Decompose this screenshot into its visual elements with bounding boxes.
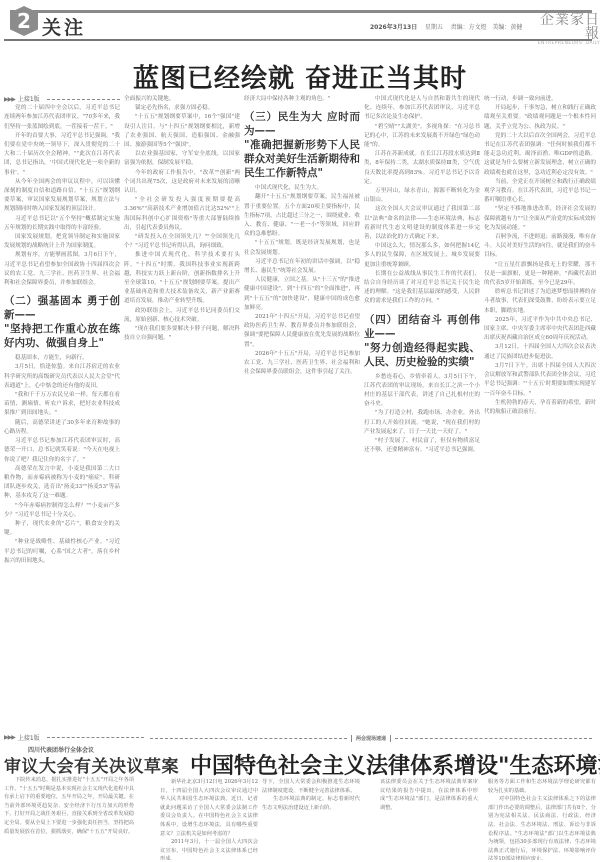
paragraph: 今年的政府工作报告中，"改革""创新"两个词共出现75次，这是政府对未来发展的清… <box>124 169 240 197</box>
paragraph: 中国这么大，情况那么多，如何把握14亿多人的民生保障，在区域发展上，城乡发展要更… <box>364 242 480 270</box>
paragraph: 规划有序，方能擘画蓝图。3月6日下午，习近平总书记看望参加全国政协十四届四次会议… <box>4 251 120 288</box>
paragraph: 随后，高德荣讲述了30多年来育种故事的心路历程。 <box>4 419 120 437</box>
paragraph: 百舸争流，不进则退；前路漫漫，唯有奋斗。人民对美好生活的向往，就是我们的奋斗目标… <box>484 233 596 261</box>
paragraph: "全社会研发投入强度预期要提高3.36%""高新技术产业增加值占比达52%""上… <box>124 196 240 233</box>
left-article-headline: 审议大会有关决议草案 <box>4 752 179 777</box>
paragraph: 以农业强基国家，守军安全底线，以国家富强为依据，保制发展平稳。 <box>124 150 240 168</box>
paragraph: 2021年"十四五"开局，习近平总书记看望政协医药卫生界、教育界委员并参加联组会… <box>244 313 360 350</box>
subhead-line-1: （三）民生为大 应时而为—— <box>244 110 360 138</box>
masthead-bottom-rule <box>4 39 592 41</box>
kicker-label: 上接1版 <box>18 95 40 104</box>
article-column-5: 统一行动，步调一致向前进。 开局起步，千事勿急，树立和践行正确政绩观至关重要。"… <box>484 95 596 720</box>
paragraph: 万里河山，绿水青山，源源不断转化为金山银山。 <box>364 187 480 205</box>
paragraph: 长期在公益战线从事民生工作的代表们，结合自身经历谈了对习近平总书记关于民生论述的… <box>364 270 480 307</box>
main-headline: 蓝图已经绘就 奋进正当其时 <box>0 58 600 95</box>
paragraph: 乡愁连着心，乡情牵着人。3月5日下午，江苏代表团的审议现场，来自长江之滨一个小村… <box>364 373 480 410</box>
subhead-line-1: （二）强基固本 勇于创新—— <box>4 294 120 322</box>
paragraph: 人民健康，立国之基。从"十三五"的"推进健康中国建设"，到"十四五"的"全面推进… <box>244 276 360 313</box>
paragraph: 生态环境法典的制定，标志着新时代生态文明法治建设迈上新台阶。 <box>262 795 360 812</box>
paragraph: "碧空晴""太湖美"。多视角探："在习总书记的心中，江苏的未来发展离不开绿色"绿… <box>364 123 480 151</box>
paragraph: 翻开"十五五"规划纲要草案，民生福祉被置于重要位置。五个方面20项主要指标中，民… <box>244 193 360 239</box>
subhead-line-1: （四）团结奋斗 再创伟业—— <box>364 313 480 341</box>
paragraph: "研发投入在全国领先几？""全国领先几个？"习近平总书记听得认真，询问细致。 <box>124 233 240 251</box>
masthead: 2 关注 2026年3月13日 星期五 责编：方文煜 美编：黄健 企業家日報 E… <box>0 0 600 44</box>
section-title: 关注 <box>42 13 86 40</box>
subhead-line-2: "坚持把工作重心放在练好内功、做强自身上" <box>4 322 120 350</box>
paragraph: 习近平总书记在年初的讲话中强调，以"稳增长、惠民生"统筹社会发展。 <box>244 258 360 276</box>
paragraph: 推进中国式现代化，科学技术要打头阵。"十四五"时期，我国科技事业实现新跨越，科技… <box>124 251 240 306</box>
bottom-article-column-4: 服务等方面工作和生态环境法学理论研究都有较为扎实的基础。 对中国特色社会主义法律… <box>488 778 596 860</box>
article-column-4: 中国式现代化是人与自然和谐共生的现代化。连续年，参加江苏代表团审议，习近平总书记… <box>364 95 480 720</box>
article-column-2: 全面振兴的关键地。 锚定必先指名，求强方固必稳。 "十五五"规划纲要草案中，16… <box>124 95 240 720</box>
subhead-line-2: "准确把握新形势下人民群众对美好生活新期待和民生工作新特点" <box>244 138 360 180</box>
paragraph: 统一行动，步调一致向前进。 <box>484 95 596 104</box>
paragraph: 开年的首要大事，习近平总书记强调，"我们要在党中央统一领导下，深入贯彻党的二十大… <box>4 132 120 178</box>
paragraph: "让五星红旗飘扬是我无上的荣耀，那不仅是一面旗帜，更是一种精神。"西藏代表团的代… <box>484 261 596 289</box>
article-column-1: ▶▶▶ 上接1版 党的二十届四中全会以后，习近平总书记连续两年参加江苏代表团审议… <box>4 95 120 720</box>
paragraph: 高德荣在发言中说，小麦是我国第二大口粮作物，而赤霉病被称为小麦的"癌症"。科研团… <box>4 465 120 502</box>
paragraph: 党的二十届四中全会以后，习近平总书记连续两年参加江苏代表团审议。"70多年来，我… <box>4 104 120 132</box>
section-four-subhead: （四）团结奋斗 再创伟业—— "努力创造经得起实践、人民、历史检验的实绩" <box>364 313 480 369</box>
paragraph: 从今年全国两会的审议议程中，可以读懂深刻的制度自信和道路自信。"十五五"规划纲要… <box>4 178 120 215</box>
paragraph: 3月5日，恰逢惊蛰。来自江苏宿迁的农业科学研究所的高级研究员代表以人民大会堂"代… <box>4 363 120 391</box>
paragraph: "为了打造立村，我跑市场、办企业，外出打工的人开始往回流。"她说，"现在我们村的… <box>364 409 480 437</box>
paragraph: 新华社北京3月12日电 2026年3月12日，十四届全国人大四次会议审议通过中华… <box>160 778 258 838</box>
kicker-label: 上接1版 <box>18 733 40 742</box>
paragraph: 导下，全国人大常委会积极推进生态环境法律制度建设，不断健全完善法律体系。 <box>262 778 360 795</box>
triple-arrow-icon: ▶▶▶ <box>4 95 15 104</box>
paragraph: 经济大局中保持各种主观的角色。" <box>244 95 360 104</box>
paragraph: 2011年3月，十一届全国人大四次会议宣布，中国特色社会主义法律体系已经形成。 <box>160 838 258 860</box>
paragraph: 政协联组会上，习近平总书记同委员们交流，原始创新、核心技术突破。 <box>124 307 240 325</box>
bottom-continued-kicker: ▶▶▶ 上接1版 <box>4 733 144 742</box>
bottom-section-label-bar: 两会现场速递 <box>150 735 592 742</box>
issue-date: 2026年3月13日 <box>370 24 417 31</box>
paragraph: 对中国特色社会主义法律体系之下的法律部门作出必要的调整后，法律部门共有8个，分别… <box>488 795 596 860</box>
paragraph: "十五五"规划纲要草案中，16个"强国"建设引人注目。与"十四五"规划纲要相比，… <box>124 113 240 150</box>
paragraph: 全面振兴的关键地。 <box>124 95 240 104</box>
paragraph: 锚定必先指名，求强方固必稳。 <box>124 104 240 113</box>
paragraph: 服务等方面工作和生态环境法学理论研究都有较为扎实的基础。 <box>488 778 596 795</box>
subhead-line-2: "努力创造经得起实践、人民、历史检验的实绩" <box>364 341 480 369</box>
paragraph: 中国式现代化，民生为大。 <box>244 184 360 193</box>
triple-arrow-icon: ▶▶▶ <box>4 734 15 741</box>
paragraph: 聆听总书记讲述了为追逐梦想而拼搏的奋斗者故事，代表们深受鼓舞，纷纷表示要立足本职… <box>484 288 596 316</box>
left-article-body: 下院传来消息，据扎实推进好"十五五"开局之年各项工作。"十五五"时期是基本实现社… <box>4 776 134 860</box>
paragraph: 2025年，习近平作为中共中央总书记、国家主席、中央军委主席率中央代表团赴西藏出… <box>484 316 596 344</box>
paragraph: 稳基固本，方能生，向新行。 <box>4 354 120 363</box>
paragraph: "村子发展了，村民富了，但仅有物质富足还不够，还要精神富有。"习近平总书记强调。 <box>364 437 480 455</box>
paragraph: 开局起步，千事勿急，树立和践行正确政绩观至关重要。"政绩观问题是一个根本性问题，… <box>484 104 596 132</box>
paragraph: 中国式现代化是人与自然和谐共生的现代化。连续年，参加江苏代表团审议，习近平总书记… <box>364 95 480 123</box>
paper-logo: 企業家日報 ENTREPRENEURS' DAILY <box>530 13 600 46</box>
issue-weekday: 星期五 <box>425 24 443 31</box>
paragraph: 习近平总书记以"五个坚持"概括制定实施五年规划的长期实践中取得的丰富经验。 <box>4 215 120 233</box>
paragraph: 国家发展规划，把党领导制定和实施国家发展规划的战略统计上升为国家制度。 <box>4 233 120 251</box>
article-column-3: 经济大局中保持各种主观的角色。" （三）民生为大 应时而为—— "准确把握新形势… <box>244 95 360 720</box>
bottom-article-column-1: 新华社北京3月12日电 2026年3月12日，十四届全国人大四次会议审议通过中华… <box>160 778 258 860</box>
dateline: 2026年3月13日 星期五 责编：方文煜 美编：黄健 <box>370 22 522 31</box>
continued-kicker: ▶▶▶ 上接1版 <box>4 95 120 104</box>
paragraph: 2026年"十五五"开局，习近平总书记参加农工党、九三学社、医药卫生界、社会福利… <box>244 350 360 378</box>
paragraph: 生机勃勃的春天，孕育着新的希望，新时代的航船正破浪前行。 <box>484 399 596 417</box>
paragraph: "今年赤霉病控制得怎么样？""小麦亩产多少？"习近平总书记十分关心。 <box>4 502 120 520</box>
bottom-article-column-3: 该法律委员会在关于生态环境法典草案审议结果的报告中提出，在法律体系中形成"生态环… <box>380 778 478 860</box>
paragraph: 3月12日，十四届全国人大四次会议表决通过了民族团结进步促进法。 <box>484 343 596 361</box>
paragraph: 党的二十大以后首次全国两会，习近平总书记在江苏代表团强调："任何时候我们都不能走… <box>484 132 596 178</box>
paragraph: 下院传来消息，据扎实推进好"十五五"开局之年各项工作。"十五五"时期是基本实现社… <box>4 776 134 836</box>
paragraph: "种业是战略性、基础性核心产业。"习近平总书记的叮嘱，心系"国之大者"，落在乡村… <box>4 538 120 566</box>
paper-name-en: ENTREPRENEURS' DAILY <box>530 41 600 46</box>
bottom-main-headline: 中国特色社会主义法律体系增设"生态环境法"部门 <box>190 749 600 780</box>
section-three-subhead: （三）民生为大 应时而为—— "准确把握新形势下人民群众对美好生活新期待和民生工… <box>244 110 360 180</box>
bottom-article-column-2: 导下，全国人大常委会积极推进生态环境法律制度建设，不断健全完善法律体系。 生态环… <box>262 778 360 860</box>
designer-credit: 美编：黄健 <box>492 24 522 31</box>
masthead-top-rule <box>10 10 592 13</box>
paragraph: 这次全国人大会议审议通过了我国第二部以"法典"命名的法律——生态环境法典，标志着… <box>364 205 480 242</box>
paragraph: 该法律委员会在关于生态环境法典草案审议结果的报告中提出，在法律体系中形成"生态环… <box>380 778 478 812</box>
paragraph: 习近平总书记参加江苏代表团审议时，高德荣一开口，总书记就笑着说："今天在电视上你… <box>4 437 120 465</box>
bottom-section-label: 两会现场速递 <box>351 735 391 742</box>
paragraph: "我和千千万万农民兄弟一样，每天都在看苗情、测墒情、听农户诉求，把好农业科技成果… <box>4 391 120 419</box>
paragraph: 江苏在苏新成就。在长江江苏段水质达到Ⅱ类，8年保持二类，太湖水质保持Ⅲ类，空气优… <box>364 150 480 187</box>
paragraph: "现在我们要多要解决卡脖子问题，解决科技自立自强问题。" <box>124 325 240 343</box>
label-rule-right <box>395 738 592 739</box>
paper-name-cn: 企業家日報 <box>530 13 600 41</box>
label-rule-left <box>150 738 347 739</box>
kicker-rule <box>47 737 144 738</box>
paragraph: 当前，全党正在开展树立和践行正确政绩观学习教育。在江苏代表团，习近平总书记一番叮… <box>484 178 596 206</box>
editor-credit: 责编：方文煜 <box>451 24 487 31</box>
section-two-subhead: （二）强基固本 勇于创新—— "坚持把工作重心放在练好内功、做强自身上" <box>4 294 120 350</box>
paragraph: "坚定不移地推进改革，经济社会发展的保障就越有力""让全面从严治党的实际成效转化… <box>484 205 596 233</box>
paragraph: "十五五"规划，既是经济发展规划，也是社会发展规划。 <box>244 239 360 257</box>
paragraph: 3月7日下午，出席十四届全国人大四次会议解放军和武警部队代表团全体会议，习近平总… <box>484 362 596 399</box>
kicker-rule <box>47 99 120 100</box>
paragraph: 种子，现代农业的"芯片"，粮食安全的关键。 <box>4 520 120 538</box>
